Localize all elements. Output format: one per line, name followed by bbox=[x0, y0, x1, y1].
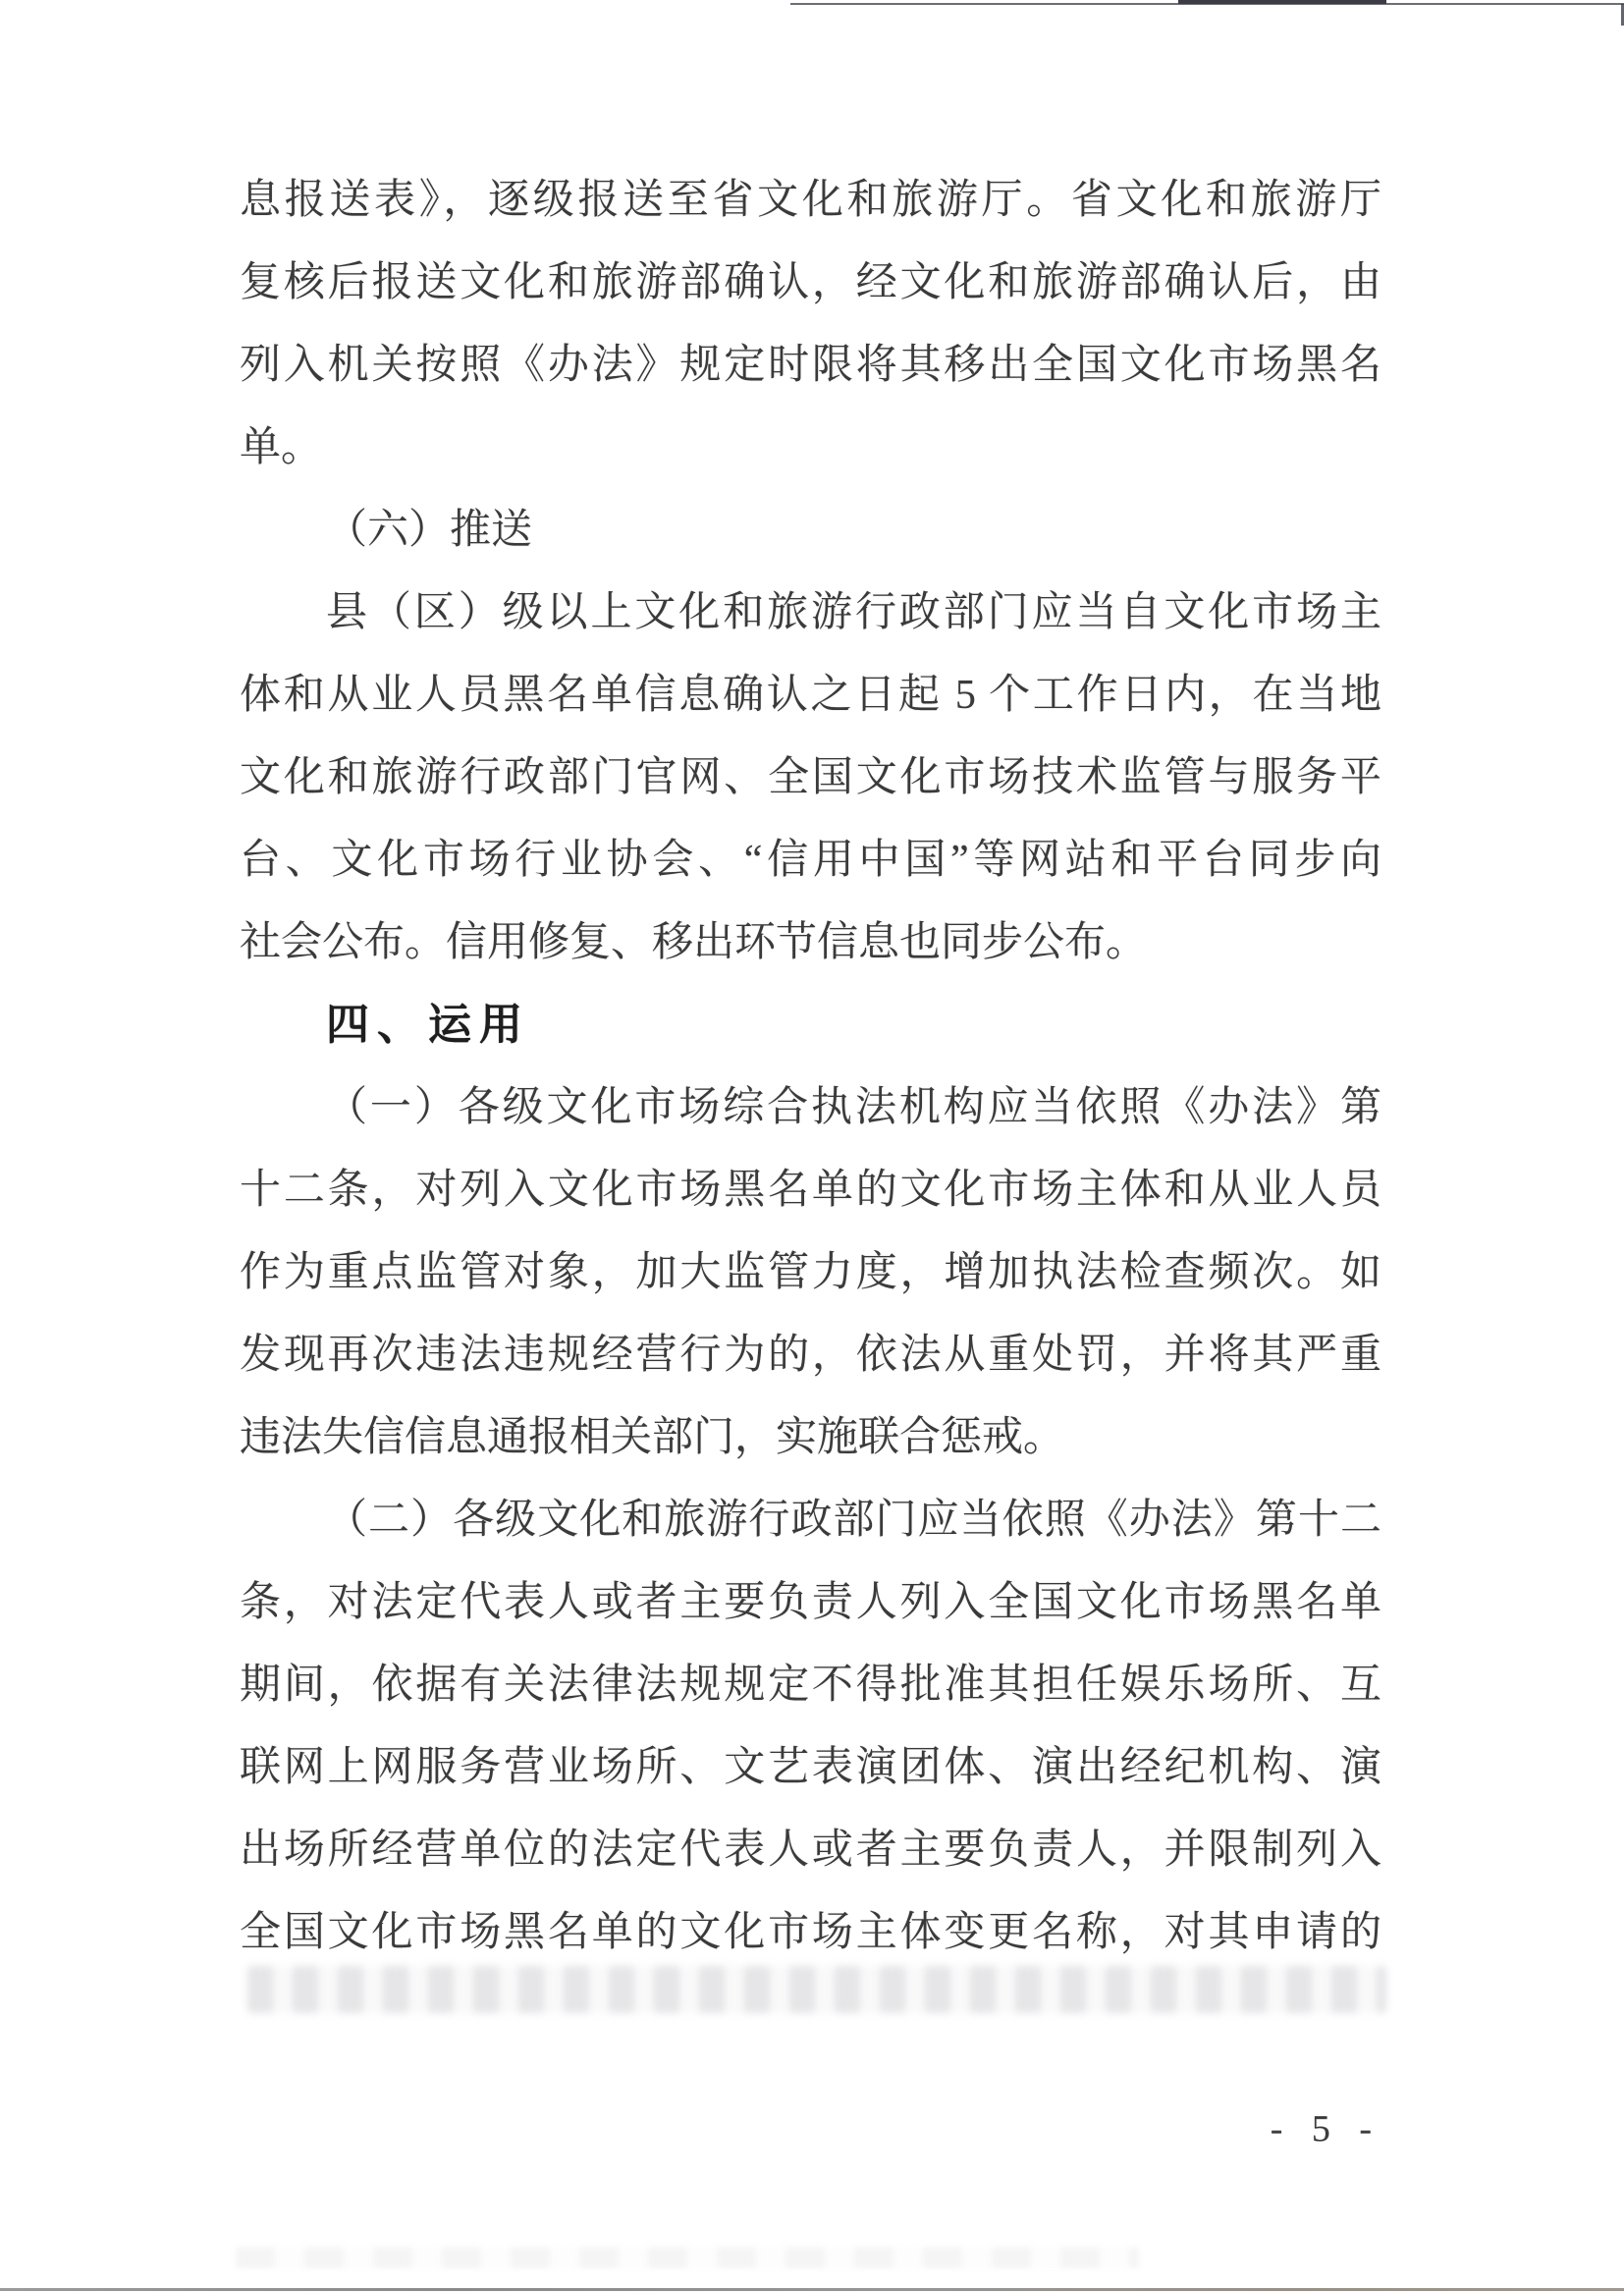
text-line: 联网上网服务营业场所、文艺表演团体、演出经纪机构、演 bbox=[240, 1726, 1381, 1809]
text-line: （二）各级文化和旅游行政部门应当依照《办法》第十二 bbox=[240, 1479, 1381, 1561]
text-line: 条，对法定代表人或者主要负责人列入全国文化市场黑名单 bbox=[240, 1561, 1381, 1644]
text-line: 单。 bbox=[240, 407, 1381, 489]
scan-artifact-bottom-line bbox=[0, 2288, 1624, 2291]
text-line: 文化和旅游行政部门官网、全国文化市场技术监管与服务平 bbox=[240, 737, 1381, 819]
text-line: 作为重点监管对象，加大监管力度，增加执法检查频次。如 bbox=[240, 1231, 1381, 1314]
scan-artifact-top-line-thick bbox=[1178, 0, 1386, 4]
text-line: 社会公布。信用修复、移出环节信息也同步公布。 bbox=[240, 901, 1381, 984]
text-line: 列入机关按照《办法》规定时限将其移出全国文化市场黑名 bbox=[240, 324, 1381, 407]
text-line: 息报送表》，逐级报送至省文化和旅游厅。省文化和旅游厅 bbox=[240, 159, 1381, 242]
text-line: 复核后报送文化和旅游部确认，经文化和旅游部确认后，由 bbox=[240, 242, 1381, 324]
text-line: 出场所经营单位的法定代表人或者主要负责人，并限制列入 bbox=[240, 1809, 1381, 1891]
text-line: 期间，依据有关法律法规规定不得批准其担任娱乐场所、互 bbox=[240, 1644, 1381, 1726]
text-line: 体和从业人员黑名单信息确认之日起 5 个工作日内，在当地 bbox=[240, 654, 1381, 737]
text-line: 全国文化市场黑名单的文化市场主体变更名称，对其申请的 bbox=[240, 1891, 1381, 1974]
text-line: 十二条，对列入文化市场黑名单的文化市场主体和从业人员 bbox=[240, 1149, 1381, 1231]
page-number: - 5 - bbox=[1271, 2105, 1381, 2153]
text-line: 发现再次违法违规经营行为的，依法从重处罚，并将其严重 bbox=[240, 1314, 1381, 1396]
text-line: 县（区）级以上文化和旅游行政部门应当自文化市场主 bbox=[240, 572, 1381, 654]
text-block: 息报送表》，逐级报送至省文化和旅游厅。省文化和旅游厅复核后报送文化和旅游部确认，… bbox=[240, 159, 1381, 1974]
text-line: （一）各级文化市场综合执法机构应当依照《办法》第 bbox=[240, 1066, 1381, 1149]
text-line: （六）推送 bbox=[240, 489, 1381, 572]
text-line: 台、文化市场行业协会、“信用中国”等网站和平台同步向 bbox=[240, 819, 1381, 901]
bleed-through-smudge bbox=[236, 2247, 1139, 2268]
section-heading: 四、运用 bbox=[240, 984, 1381, 1066]
document-page: 息报送表》，逐级报送至省文化和旅游厅。省文化和旅游厅复核后报送文化和旅游部确认，… bbox=[0, 0, 1624, 2293]
text-line: 违法失信信息通报相关部门，实施联合惩戒。 bbox=[240, 1396, 1381, 1479]
bleed-through-text bbox=[247, 1966, 1386, 2013]
